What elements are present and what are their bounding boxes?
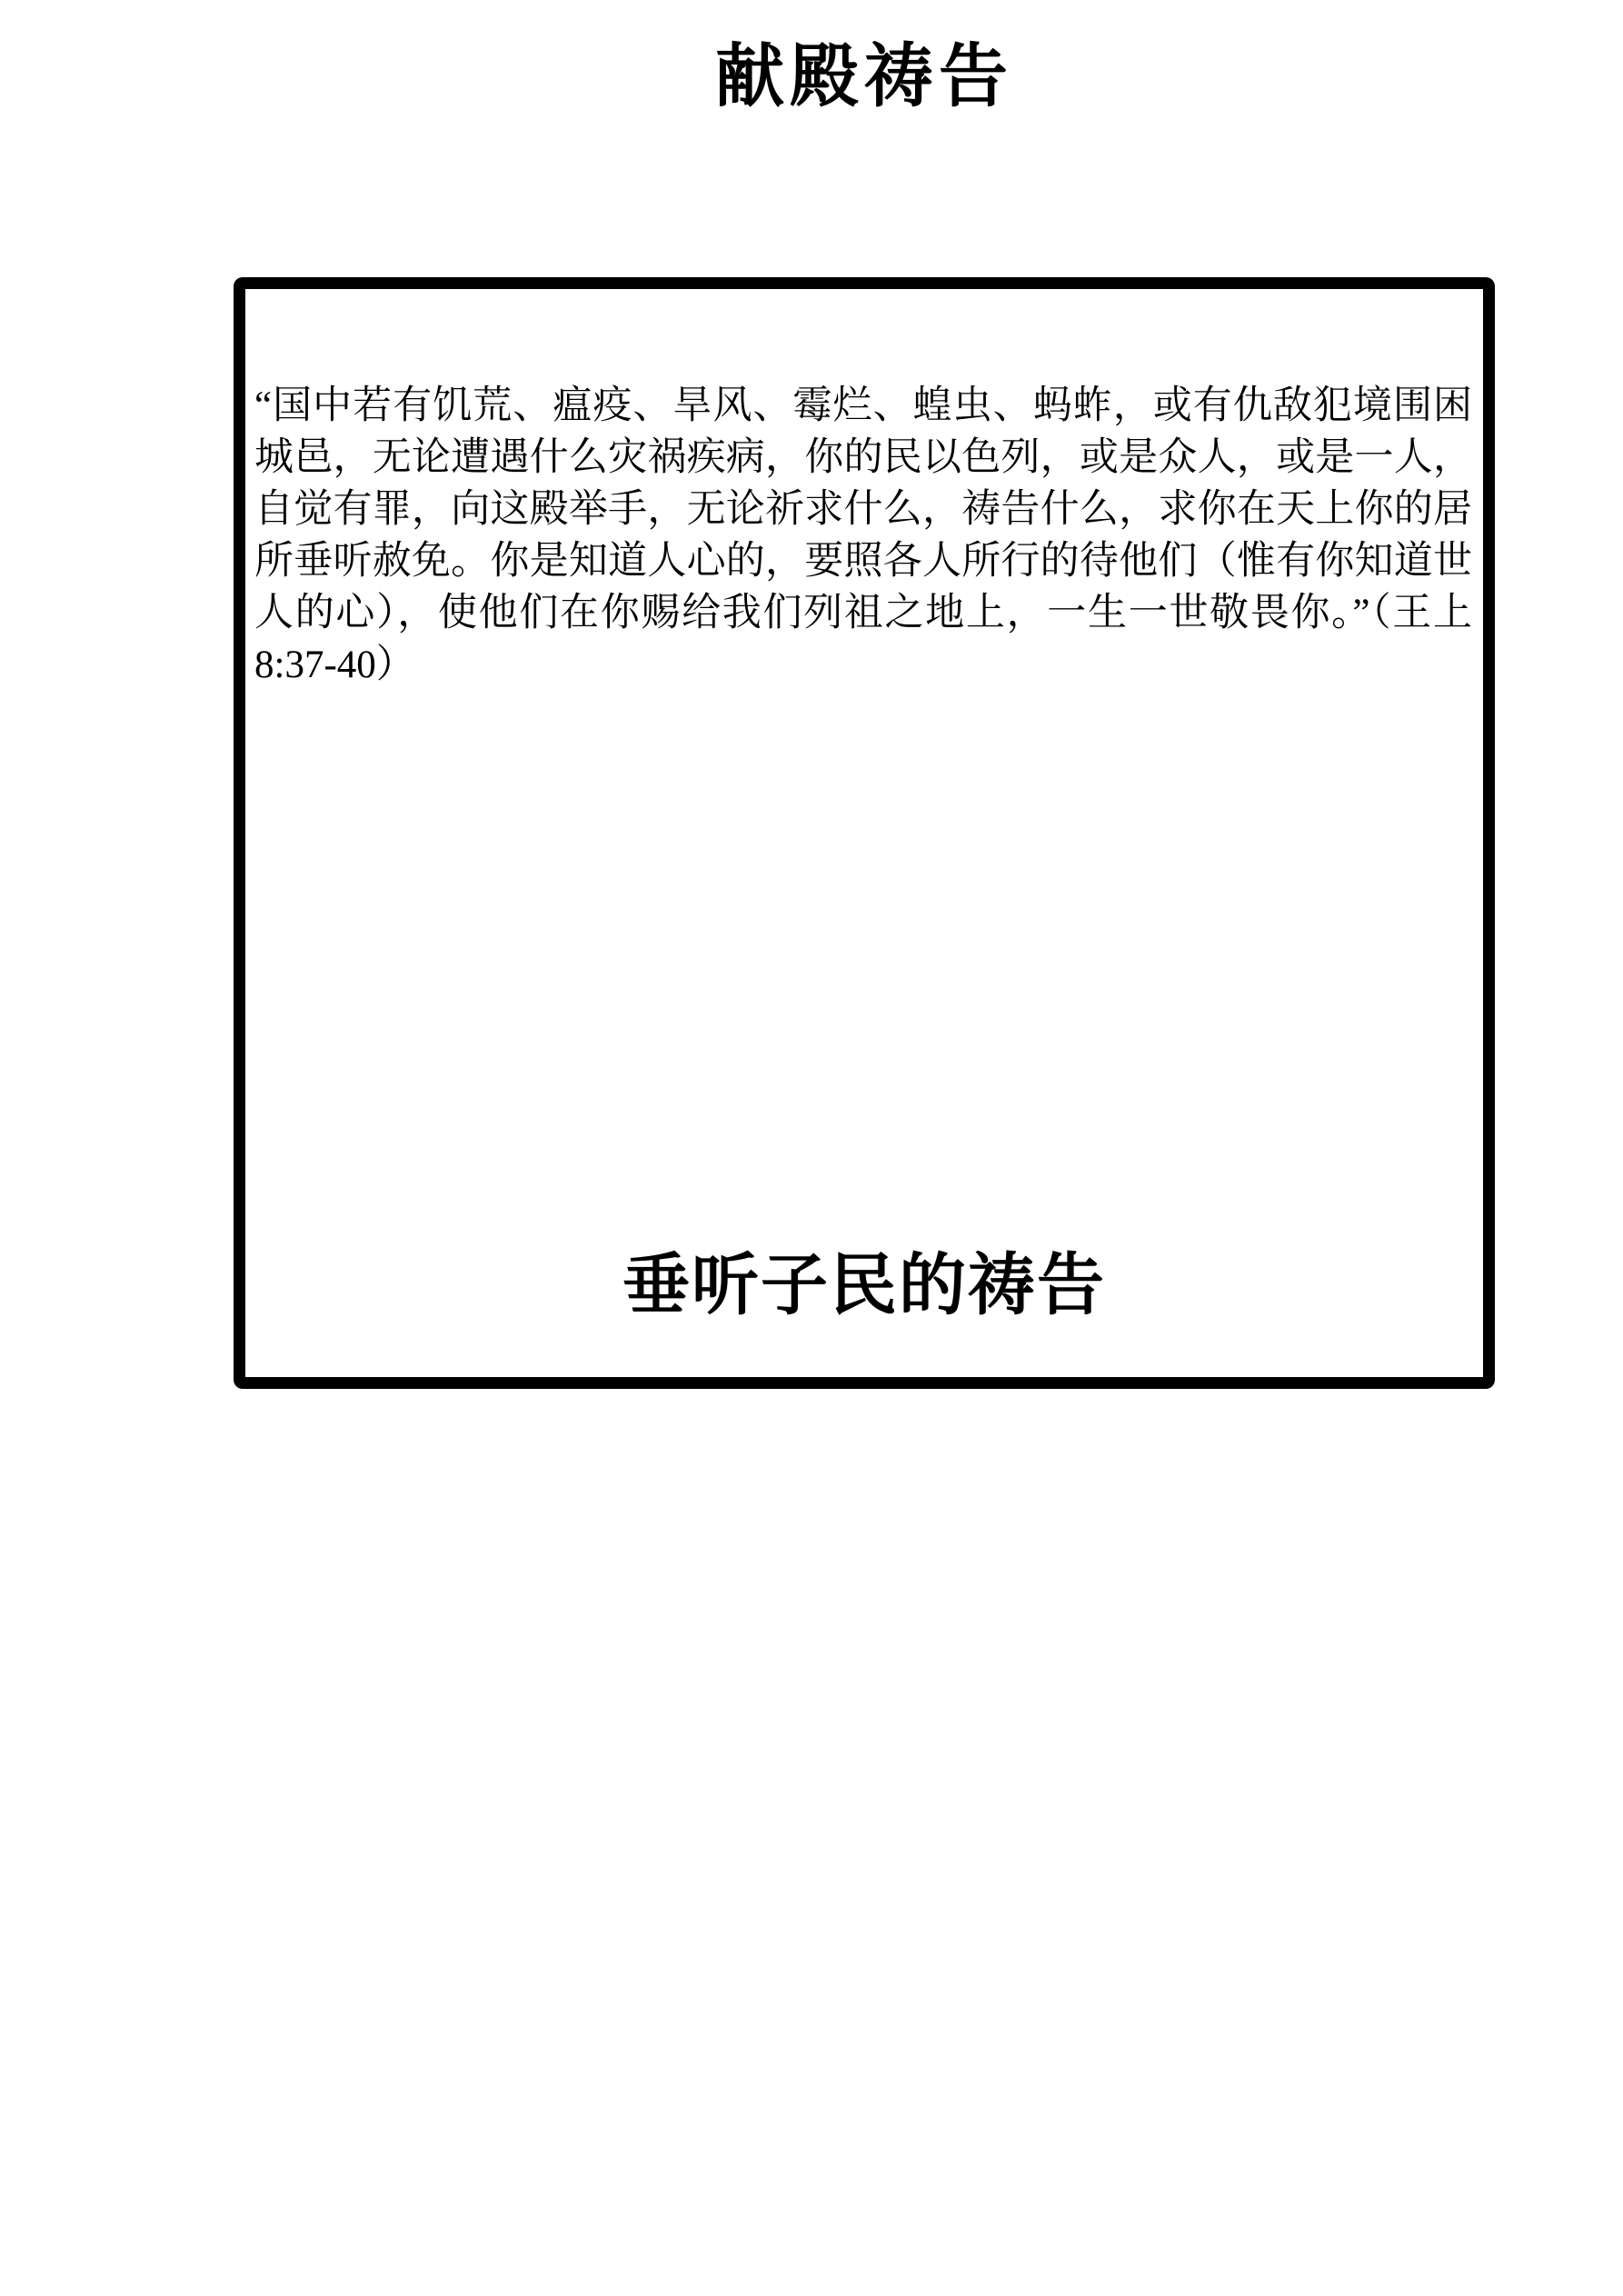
content-box: “国中若有饥荒、瘟疫、旱风、霉烂、蝗虫、蚂蚱，或有仇敌犯境围困城邑，无论遭遇什么… <box>234 277 1495 1389</box>
box-heading: 垂听子民的祷告 <box>245 1248 1483 1325</box>
scripture-paragraph: “国中若有饥荒、瘟疫、旱风、霉烂、蝗虫、蚂蚱，或有仇敌犯境围困城邑，无论遭遇什么… <box>254 380 1472 691</box>
page-title: 献殿祷告 <box>234 35 1495 121</box>
document-page: 献殿祷告 “国中若有饥荒、瘟疫、旱风、霉烂、蝗虫、蚂蚱，或有仇敌犯境围困城邑，无… <box>0 0 1623 2296</box>
